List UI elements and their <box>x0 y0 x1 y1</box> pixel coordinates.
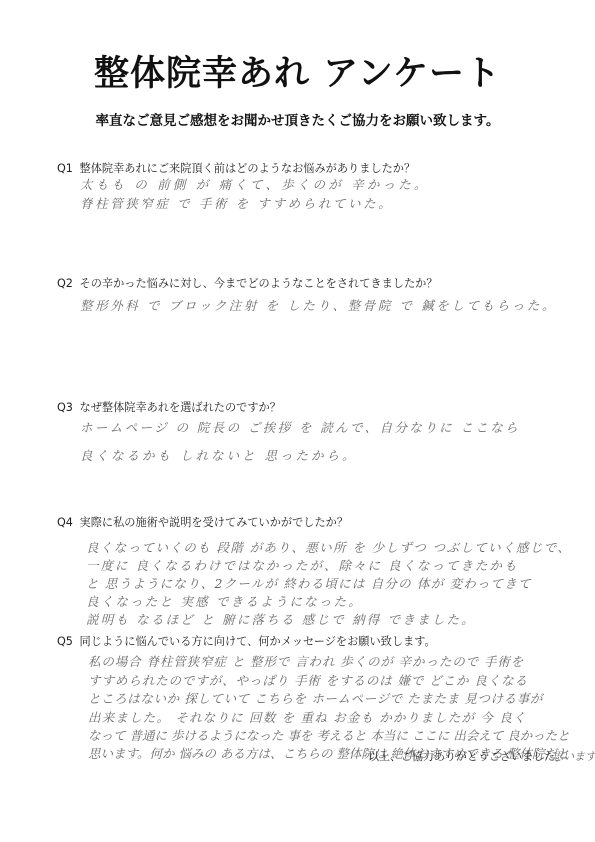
question-5: Q5 同じように悩んでいる方に向けて、何かメッセージをお願い致します。 <box>57 635 436 649</box>
closing-message: 以上、ご協力ありがとうございました。 <box>368 750 566 764</box>
answer-line: 整形外科 で ブロック注射 を したり、整骨院 で 鍼をしてもらった。 <box>80 298 557 314</box>
answer-line: 脊柱管狭窄症 で 手術 を すすめられていた。 <box>80 196 393 212</box>
question-number: Q2 <box>57 277 73 290</box>
answer-line: 良くなるかも しれないと 思ったから。 <box>80 448 357 464</box>
question-number: Q4 <box>57 516 73 529</box>
answer-line: ホームページ の 院長の ご挨拶 を 読んで、自分なりに ここなら <box>80 420 520 436</box>
question-text: 同じように悩んでいる方に向けて、何かメッセージをお願い致します。 <box>80 635 436 648</box>
question-number: Q1 <box>57 162 73 175</box>
answer-line: 良くなっていくのも 段階 があり、悪い所 を 少しずつ つぶしていく感じで、 <box>86 540 571 556</box>
answer-line: 太もも の 前側 が 痛くて、歩くのが 辛かった。 <box>80 177 430 193</box>
question-number: Q3 <box>57 401 73 414</box>
answer-line: 一度に 良くなるわけではなかったが、除々に 良くなってきたかも <box>86 558 518 574</box>
answer-line: すすめられたのですが、やっぱり 手術 をするのは 嫌で どこか 良くなる <box>88 673 528 689</box>
answer-line: ところはないか 探していて こちらを ホームページで たまたま 見つける事が <box>88 691 543 707</box>
question-2: Q2 その辛かった悩みに対し、今までどのようなことをされてきましたか？ <box>57 277 438 291</box>
question-4: Q4 実際に私の施術や説明を受けてみていかがでしたか？ <box>57 516 348 530</box>
question-1: Q1 整体院幸あれにご来院頂く前はどのようなお悩みがありましたか？ <box>57 162 415 176</box>
question-text: 整体院幸あれにご来院頂く前はどのようなお悩みがありましたか？ <box>80 162 416 175</box>
page-title: 整体院幸あれ アンケート <box>0 52 595 96</box>
answer-line: 良くなったと 実感 できるようになった。 <box>86 594 363 610</box>
answer-line-tail: 思います。 <box>552 748 595 764</box>
question-number: Q5 <box>57 635 73 648</box>
question-text: 実際に私の施術や説明を受けてみていかがでしたか？ <box>80 516 349 529</box>
answer-line: なって 普通に 歩けるようになった 事を 考えると 本当に ここに 出会えて 良… <box>88 728 570 744</box>
answer-line: 説明も なるほど と 腑に落ちる 感じで 納得 できました。 <box>86 612 476 628</box>
answer-line: 出来ました。 それなりに 回数 を 重ね お金も かかりましたが 今 良く <box>88 710 527 726</box>
question-text: なぜ整体院幸あれを選ばれたのですか？ <box>80 401 281 414</box>
answer-line: 私の場合 脊柱管狭窄症 と 整形で 言われ 歩くのが 辛かったので 手術を <box>88 654 524 670</box>
question-text: その辛かった悩みに対し、今までどのようなことをされてきましたか？ <box>80 277 438 290</box>
page-subtitle: 率直なご意見ご感想をお聞かせ頂きたくご協力をお願い致します。 <box>0 112 595 130</box>
question-3: Q3 なぜ整体院幸あれを選ばれたのですか？ <box>57 401 281 415</box>
answer-line: と 思うようになり、2クールが 終わる頃には 自分の 体が 変わってきて <box>86 576 532 592</box>
